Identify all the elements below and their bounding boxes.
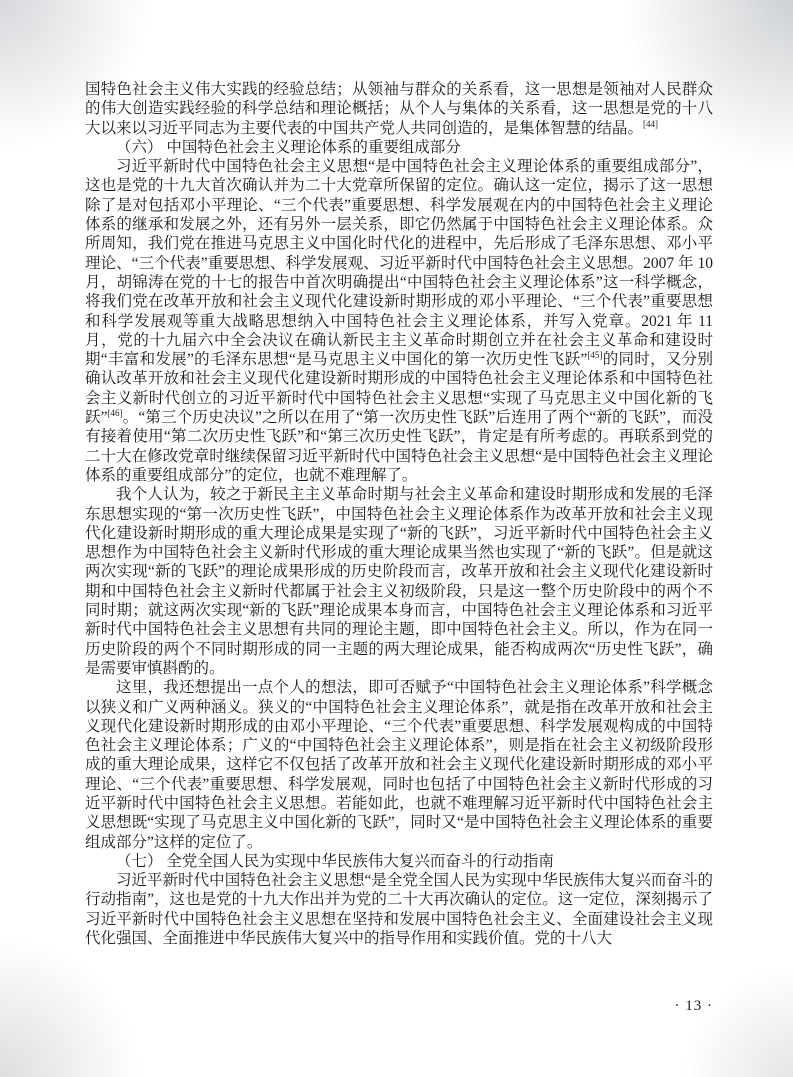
body-paragraph: 习近平新时代中国特色社会主义思想“是全党全国人民为实现中华民族伟大复兴而奋斗的行… xyxy=(85,871,713,948)
footnote-reference: [44] xyxy=(643,118,658,128)
document-page: 国特色社会主义伟大实践的经验总结；从领袖与群众的关系看，这一思想是领袖对人民群众… xyxy=(0,0,793,1077)
section-heading: （六） 中国特色社会主义理论体系的重要组成部分 xyxy=(85,138,713,157)
body-paragraph: 习近平新时代中国特色社会主义思想“是中国特色社会主义理论体系的重要组成部分”，这… xyxy=(85,157,713,485)
footnote-reference: [46] xyxy=(108,408,123,418)
page-number: · 13 · xyxy=(85,998,713,1015)
text-column: 国特色社会主义伟大实践的经验总结；从领袖与群众的关系看，这一思想是领袖对人民群众… xyxy=(85,80,713,948)
footnote-reference: [45] xyxy=(587,350,602,360)
body-paragraph: 这里，我还想提出一点个人的想法，即可否赋予“中国特色社会主义理论体系”科学概念以… xyxy=(85,678,713,852)
body-paragraph: 我个人认为，较之于新民主主义革命时期与社会主义革命和建设时期形成和发展的毛泽东思… xyxy=(85,485,713,678)
body-paragraph: 国特色社会主义伟大实践的经验总结；从领袖与群众的关系看，这一思想是领袖对人民群众… xyxy=(85,80,713,138)
section-heading: （七） 全党全国人民为实现中华民族伟大复兴而奋斗的行动指南 xyxy=(85,852,713,871)
